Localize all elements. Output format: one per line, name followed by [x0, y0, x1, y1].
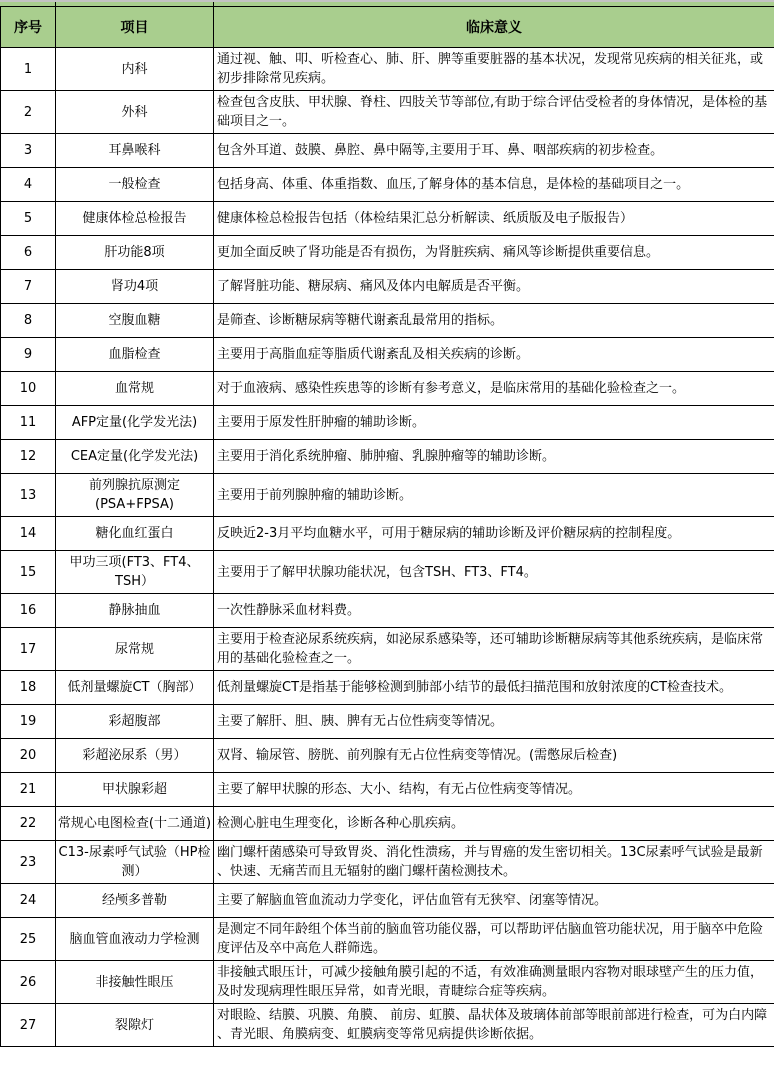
- row-number-cell: 12: [1, 440, 56, 474]
- item-name-cell: 健康体检总检报告: [56, 202, 214, 236]
- clinical-significance-cell: 反映近2-3月平均血糖水平，可用于糖尿病的辅助诊断及评价糖尿病的控制程度。: [214, 517, 774, 551]
- clinical-significance-cell: 健康体检总检报告包括（体检结果汇总分析解读、纸质版及电子版报告）: [214, 202, 774, 236]
- item-name-cell: AFP定量(化学发光法): [56, 406, 214, 440]
- item-name-cell: 空腹血糖: [56, 304, 214, 338]
- row-number-cell: 21: [1, 773, 56, 807]
- cutoff-row-top: [0, 0, 774, 6]
- header-row: 序号 项目 临床意义: [1, 7, 774, 48]
- clinical-significance-cell: 主要用于检查泌尿系统疾病，如泌尿系感染等，还可辅助诊断糖尿病等其他系统疾病，是临…: [214, 628, 774, 671]
- item-name-cell: 甲状腺彩超: [56, 773, 214, 807]
- row-number-cell: 2: [1, 91, 56, 134]
- row-number-cell: 9: [1, 338, 56, 372]
- table-row: 8 空腹血糖 是筛查、诊断糖尿病等糖代谢紊乱最常用的指标。: [1, 304, 774, 338]
- table-row: 11 AFP定量(化学发光法) 主要用于原发性肝肿瘤的辅助诊断。: [1, 406, 774, 440]
- row-number-cell: 26: [1, 961, 56, 1004]
- clinical-significance-cell: 是筛查、诊断糖尿病等糖代谢紊乱最常用的指标。: [214, 304, 774, 338]
- table-row: 9 血脂检查 主要用于高脂血症等脂质代谢紊乱及相关疾病的诊断。: [1, 338, 774, 372]
- table-row: 15 甲功三项(FT3、FT4、TSH） 主要用于了解甲状腺功能状况，包含TSH…: [1, 551, 774, 594]
- item-name-cell: 前列腺抗原测定(PSA+FPSA): [56, 474, 214, 517]
- table-row: 22 常规心电图检查(十二通道) 检测心脏电生理变化，诊断各种心肌疾病。: [1, 807, 774, 841]
- row-number-cell: 27: [1, 1004, 56, 1047]
- header-cell-number: 序号: [1, 7, 56, 48]
- table-row: 6 肝功能8项 更加全面反映了肾功能是否有损伤，为肾脏疾病、痛风等诊断提供重要信…: [1, 236, 774, 270]
- table-row: 5 健康体检总检报告 健康体检总检报告包括（体检结果汇总分析解读、纸质版及电子版…: [1, 202, 774, 236]
- table-row: 25 脑血管血液动力学检测 是测定不同年龄组个体当前的脑血管功能仪器，可以帮助评…: [1, 918, 774, 961]
- row-number-cell: 20: [1, 739, 56, 773]
- header-cell-item: 项目: [56, 7, 214, 48]
- table-row: 14 糖化血红蛋白 反映近2-3月平均血糖水平，可用于糖尿病的辅助诊断及评价糖尿…: [1, 517, 774, 551]
- clinical-significance-cell: 主要用于高脂血症等脂质代谢紊乱及相关疾病的诊断。: [214, 338, 774, 372]
- row-number-cell: 24: [1, 884, 56, 918]
- item-name-cell: 彩超腹部: [56, 705, 214, 739]
- row-number-cell: 11: [1, 406, 56, 440]
- column-divider-tick: [55, 2, 56, 6]
- item-name-cell: 肾功4项: [56, 270, 214, 304]
- row-number-cell: 15: [1, 551, 56, 594]
- exam-table-sheet: 序号 项目 临床意义 1 内科 通过视、触、叩、听检查心、肺、肝、脾等重要脏器的…: [0, 0, 774, 1047]
- clinical-significance-cell: 检测心脏电生理变化，诊断各种心肌疾病。: [214, 807, 774, 841]
- column-divider-tick: [213, 2, 214, 6]
- item-name-cell: 血常规: [56, 372, 214, 406]
- item-name-cell: 甲功三项(FT3、FT4、TSH）: [56, 551, 214, 594]
- clinical-significance-cell: 非接触式眼压计，可减少接触角膜引起的不适，有效准确测量眼内容物对眼球壁产生的压力…: [214, 961, 774, 1004]
- clinical-significance-cell: 对于血液病、感染性疾患等的诊断有参考意义，是临床常用的基础化验检查之一。: [214, 372, 774, 406]
- clinical-significance-cell: 对眼睑、结膜、巩膜、角膜、 前房、虹膜、晶状体及玻璃体前部等眼前部进行检查，可为…: [214, 1004, 774, 1047]
- exam-items-table: 序号 项目 临床意义 1 内科 通过视、触、叩、听检查心、肺、肝、脾等重要脏器的…: [0, 6, 774, 1047]
- clinical-significance-cell: 包括身高、体重、体重指数、血压,了解身体的基本信息，是体检的基础项目之一。: [214, 168, 774, 202]
- clinical-significance-cell: 主要用于了解甲状腺功能状况，包含TSH、FT3、FT4。: [214, 551, 774, 594]
- table-row: 2 外科 检查包含皮肤、甲状腺、脊柱、四肢关节等部位,有助于综合评估受检者的身体…: [1, 91, 774, 134]
- table-row: 23 C13-尿素呼气试验（HP检测） 幽门螺杆菌感染可导致胃炎、消化性溃疡，并…: [1, 841, 774, 884]
- clinical-significance-cell: 是测定不同年龄组个体当前的脑血管功能仪器，可以帮助评估脑血管功能状况，用于脑卒中…: [214, 918, 774, 961]
- clinical-significance-cell: 主要用于消化系统肿瘤、肺肿瘤、乳腺肿瘤等的辅助诊断。: [214, 440, 774, 474]
- table-row: 21 甲状腺彩超 主要了解甲状腺的形态、大小、结构，有无占位性病变等情况。: [1, 773, 774, 807]
- clinical-significance-cell: 一次性静脉采血材料费。: [214, 594, 774, 628]
- clinical-significance-cell: 更加全面反映了肾功能是否有损伤，为肾脏疾病、痛风等诊断提供重要信息。: [214, 236, 774, 270]
- row-number-cell: 5: [1, 202, 56, 236]
- table-row: 12 CEA定量(化学发光法) 主要用于消化系统肿瘤、肺肿瘤、乳腺肿瘤等的辅助诊…: [1, 440, 774, 474]
- item-name-cell: 糖化血红蛋白: [56, 517, 214, 551]
- item-name-cell: CEA定量(化学发光法): [56, 440, 214, 474]
- clinical-significance-cell: 包含外耳道、鼓膜、鼻腔、鼻中隔等,主要用于耳、鼻、咽部疾病的初步检查。: [214, 134, 774, 168]
- item-name-cell: 内科: [56, 48, 214, 91]
- table-row: 10 血常规 对于血液病、感染性疾患等的诊断有参考意义，是临床常用的基础化验检查…: [1, 372, 774, 406]
- table-body: 1 内科 通过视、触、叩、听检查心、肺、肝、脾等重要脏器的基本状况，发现常见疾病…: [1, 48, 774, 1047]
- table-row: 20 彩超泌尿系（男） 双肾、输尿管、膀胱、前列腺有无占位性病变等情况。(需憋尿…: [1, 739, 774, 773]
- table-row: 18 低剂量螺旋CT（胸部） 低剂量螺旋CT是指基于能够检测到肺部小结节的最低扫…: [1, 671, 774, 705]
- table-row: 17 尿常规 主要用于检查泌尿系统疾病，如泌尿系感染等，还可辅助诊断糖尿病等其他…: [1, 628, 774, 671]
- table-row: 7 肾功4项 了解肾脏功能、糖尿病、痛风及体内电解质是否平衡。: [1, 270, 774, 304]
- item-name-cell: 裂隙灯: [56, 1004, 214, 1047]
- table-row: 24 经颅多普勒 主要了解脑血管血流动力学变化，评估血管有无狭窄、闭塞等情况。: [1, 884, 774, 918]
- row-number-cell: 4: [1, 168, 56, 202]
- row-number-cell: 7: [1, 270, 56, 304]
- table-row: 27 裂隙灯 对眼睑、结膜、巩膜、角膜、 前房、虹膜、晶状体及玻璃体前部等眼前部…: [1, 1004, 774, 1047]
- item-name-cell: C13-尿素呼气试验（HP检测）: [56, 841, 214, 884]
- header-cell-clinical-significance: 临床意义: [214, 7, 774, 48]
- row-number-cell: 23: [1, 841, 56, 884]
- clinical-significance-cell: 检查包含皮肤、甲状腺、脊柱、四肢关节等部位,有助于综合评估受检者的身体情况，是体…: [214, 91, 774, 134]
- clinical-significance-cell: 了解肾脏功能、糖尿病、痛风及体内电解质是否平衡。: [214, 270, 774, 304]
- clinical-significance-cell: 低剂量螺旋CT是指基于能够检测到肺部小结节的最低扫描范围和放射浓度的CT检查技术…: [214, 671, 774, 705]
- row-number-cell: 10: [1, 372, 56, 406]
- table-row: 4 一般检查 包括身高、体重、体重指数、血压,了解身体的基本信息，是体检的基础项…: [1, 168, 774, 202]
- row-number-cell: 1: [1, 48, 56, 91]
- row-number-cell: 19: [1, 705, 56, 739]
- item-name-cell: 外科: [56, 91, 214, 134]
- item-name-cell: 静脉抽血: [56, 594, 214, 628]
- clinical-significance-cell: 主要用于前列腺肿瘤的辅助诊断。: [214, 474, 774, 517]
- clinical-significance-cell: 通过视、触、叩、听检查心、肺、肝、脾等重要脏器的基本状况，发现常见疾病的相关征兆…: [214, 48, 774, 91]
- item-name-cell: 肝功能8项: [56, 236, 214, 270]
- row-number-cell: 13: [1, 474, 56, 517]
- item-name-cell: 非接触性眼压: [56, 961, 214, 1004]
- row-number-cell: 17: [1, 628, 56, 671]
- table-row: 13 前列腺抗原测定(PSA+FPSA) 主要用于前列腺肿瘤的辅助诊断。: [1, 474, 774, 517]
- table-row: 16 静脉抽血 一次性静脉采血材料费。: [1, 594, 774, 628]
- row-number-cell: 16: [1, 594, 56, 628]
- item-name-cell: 血脂检查: [56, 338, 214, 372]
- item-name-cell: 低剂量螺旋CT（胸部）: [56, 671, 214, 705]
- row-number-cell: 3: [1, 134, 56, 168]
- item-name-cell: 耳鼻喉科: [56, 134, 214, 168]
- clinical-significance-cell: 主要了解甲状腺的形态、大小、结构，有无占位性病变等情况。: [214, 773, 774, 807]
- clinical-significance-cell: 主要用于原发性肝肿瘤的辅助诊断。: [214, 406, 774, 440]
- table-row: 1 内科 通过视、触、叩、听检查心、肺、肝、脾等重要脏器的基本状况，发现常见疾病…: [1, 48, 774, 91]
- clinical-significance-cell: 主要了解肝、胆、胰、脾有无占位性病变等情况。: [214, 705, 774, 739]
- item-name-cell: 常规心电图检查(十二通道): [56, 807, 214, 841]
- clinical-significance-cell: 双肾、输尿管、膀胱、前列腺有无占位性病变等情况。(需憋尿后检查): [214, 739, 774, 773]
- row-number-cell: 6: [1, 236, 56, 270]
- row-number-cell: 25: [1, 918, 56, 961]
- item-name-cell: 脑血管血液动力学检测: [56, 918, 214, 961]
- table-row: 19 彩超腹部 主要了解肝、胆、胰、脾有无占位性病变等情况。: [1, 705, 774, 739]
- item-name-cell: 尿常规: [56, 628, 214, 671]
- table-row: 26 非接触性眼压 非接触式眼压计，可减少接触角膜引起的不适，有效准确测量眼内容…: [1, 961, 774, 1004]
- item-name-cell: 一般检查: [56, 168, 214, 202]
- row-number-cell: 18: [1, 671, 56, 705]
- row-number-cell: 8: [1, 304, 56, 338]
- item-name-cell: 经颅多普勒: [56, 884, 214, 918]
- row-number-cell: 14: [1, 517, 56, 551]
- item-name-cell: 彩超泌尿系（男）: [56, 739, 214, 773]
- table-row: 3 耳鼻喉科 包含外耳道、鼓膜、鼻腔、鼻中隔等,主要用于耳、鼻、咽部疾病的初步检…: [1, 134, 774, 168]
- clinical-significance-cell: 主要了解脑血管血流动力学变化，评估血管有无狭窄、闭塞等情况。: [214, 884, 774, 918]
- row-number-cell: 22: [1, 807, 56, 841]
- clinical-significance-cell: 幽门螺杆菌感染可导致胃炎、消化性溃疡，并与胃癌的发生密切相关。13C尿素呼气试验…: [214, 841, 774, 884]
